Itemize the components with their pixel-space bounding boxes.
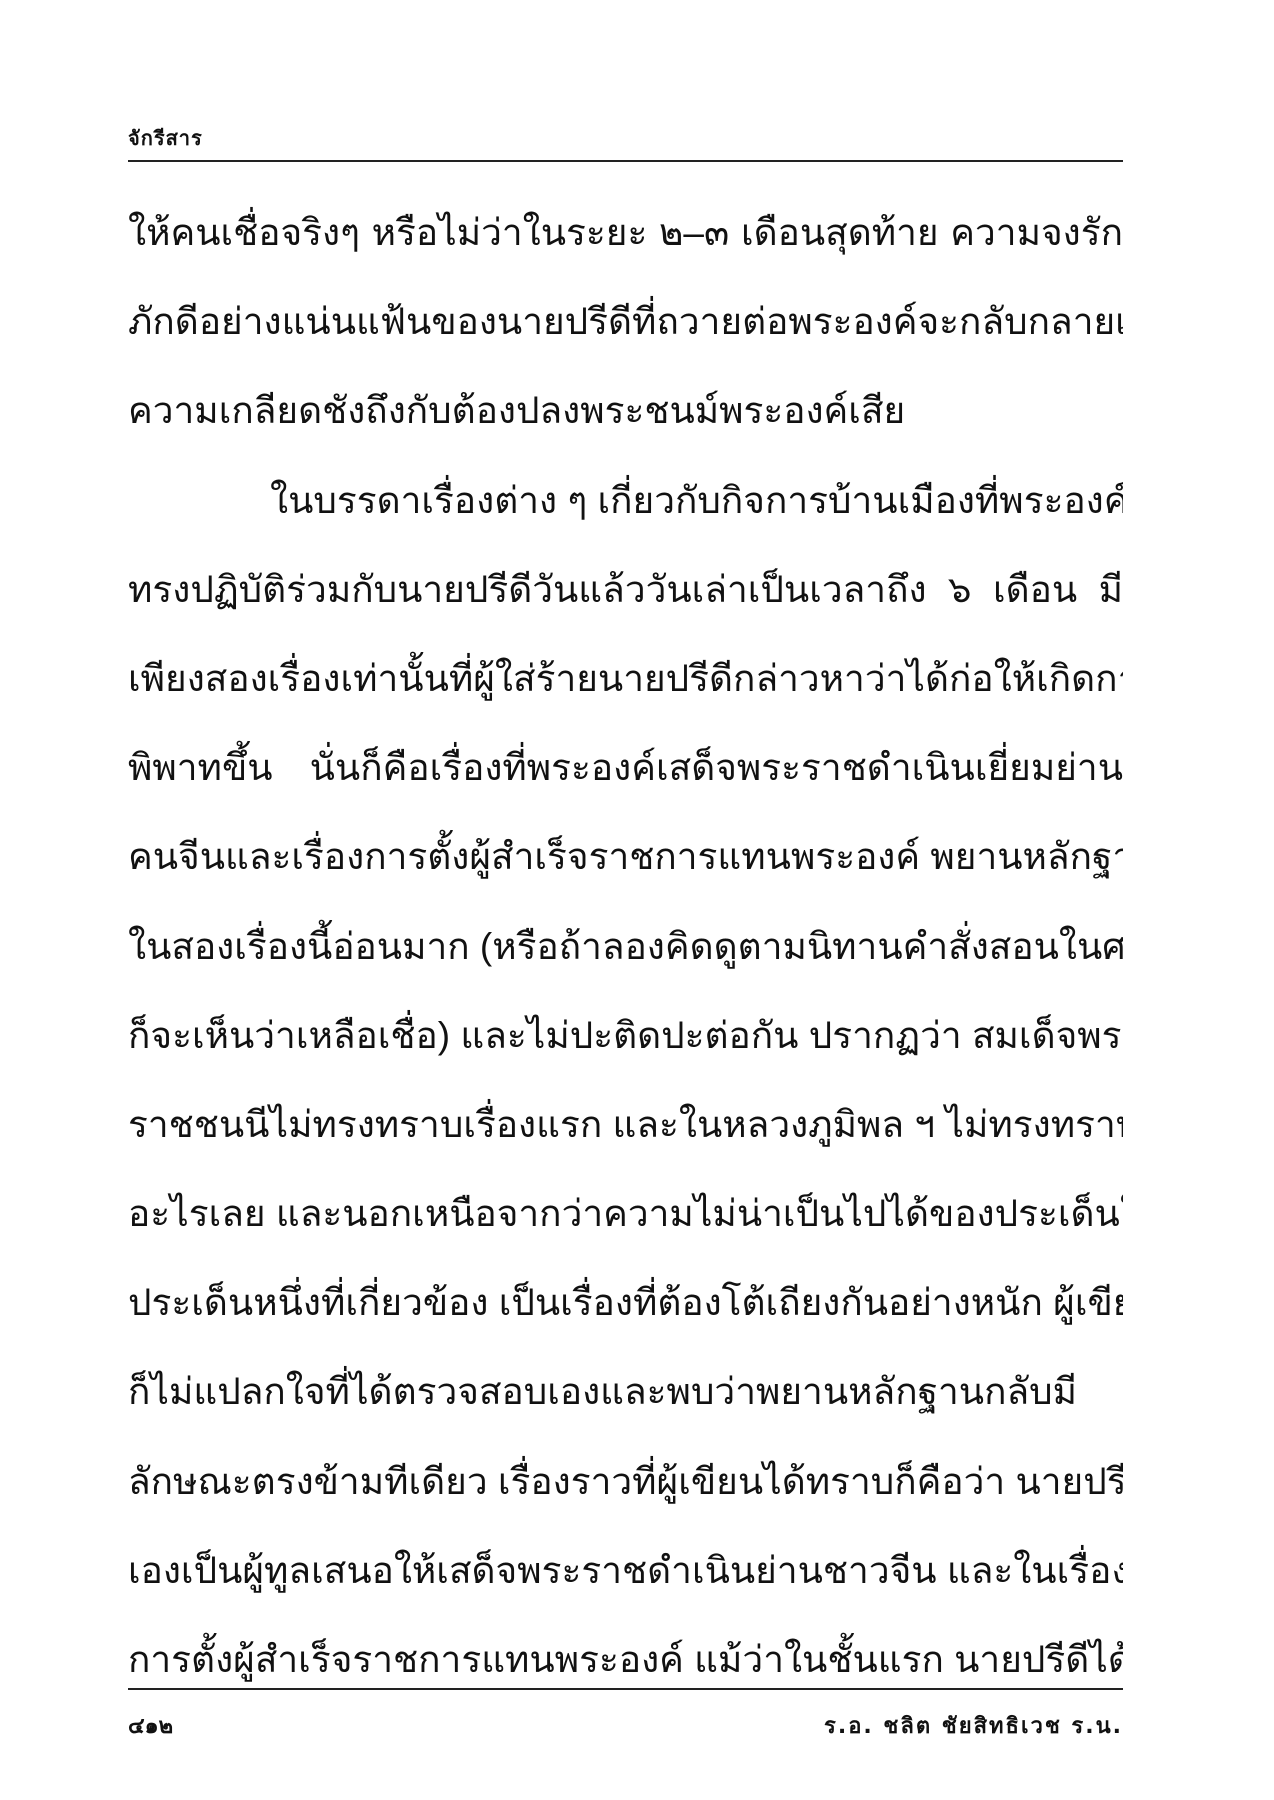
text-line: ในสองเรื่องนี้อ่อนมาก (หรือถ้าลองคิดดูตา… xyxy=(128,902,1123,991)
text-line: ให้คนเชื่อจริงๆ หรือไม่ว่าในระยะ ๒–๓ เดื… xyxy=(128,188,1123,277)
author-name: ร.อ. ชลิต ชัยสิทธิเวช ร.น. xyxy=(824,1708,1123,1743)
text-line: การตั้งผู้สำเร็จราชการแทนพระองค์ แม้ว่าใ… xyxy=(128,1615,1123,1704)
header-rule xyxy=(128,160,1123,162)
text-line: พิพาทขึ้น นั่นก็คือเรื่องที่พระองค์เสด็จ… xyxy=(128,723,1123,812)
text-line: อะไรเลย และนอกเหนือจากว่าความไม่น่าเป็นไ… xyxy=(128,1169,1123,1258)
text-line: เองเป็นผู้ทูลเสนอให้เสด็จพระราชดำเนินย่า… xyxy=(128,1526,1123,1615)
text-line: ความเกลียดชังถึงกับต้องปลงพระชนม์พระองค์… xyxy=(128,366,1123,455)
text-line: เพียงสองเรื่องเท่านั้นที่ผู้ใส่ร้ายนายปร… xyxy=(128,634,1123,723)
footer-rule xyxy=(128,1688,1123,1690)
text-line: ลักษณะตรงข้ามทีเดียว เรื่องราวที่ผู้เขีย… xyxy=(128,1437,1123,1526)
text-line: ก็จะเห็นว่าเหลือเชื่อ) และไม่ปะติดปะต่อก… xyxy=(128,991,1123,1080)
text-line: ก็ไม่แปลกใจที่ได้ตรวจสอบเองและพบว่าพยานห… xyxy=(128,1347,1123,1436)
running-title: จักรีสาร xyxy=(128,122,203,154)
text-line: คนจีนและเรื่องการตั้งผู้สำเร็จราชการแทนพ… xyxy=(128,812,1123,901)
text-line: ทรงปฏิบัติร่วมกับนายปรีดีวันแล้ววันเล่าเ… xyxy=(128,545,1123,634)
page-footer: ๔๑๒ ร.อ. ชลิต ชัยสิทธิเวช ร.น. xyxy=(128,1708,1123,1752)
text-line: ประเด็นหนึ่งที่เกี่ยวข้อง เป็นเรื่องที่ต… xyxy=(128,1258,1123,1347)
text-line: ภักดีอย่างแน่นแฟ้นของนายปรีดีที่ถวายต่อพ… xyxy=(128,277,1123,366)
text-line: ราชชนนีไม่ทรงทราบเรื่องแรก และในหลวงภูมิ… xyxy=(128,1080,1123,1169)
document-page: จักรีสาร ให้คนเชื่อจริงๆ หรือไม่ว่าในระย… xyxy=(0,0,1274,1800)
body-text: ให้คนเชื่อจริงๆ หรือไม่ว่าในระยะ ๒–๓ เดื… xyxy=(128,188,1123,1704)
text-line: ในบรรดาเรื่องต่าง ๆ เกี่ยวกับกิจการบ้านเ… xyxy=(128,456,1123,545)
page-number: ๔๑๒ xyxy=(128,1708,173,1743)
